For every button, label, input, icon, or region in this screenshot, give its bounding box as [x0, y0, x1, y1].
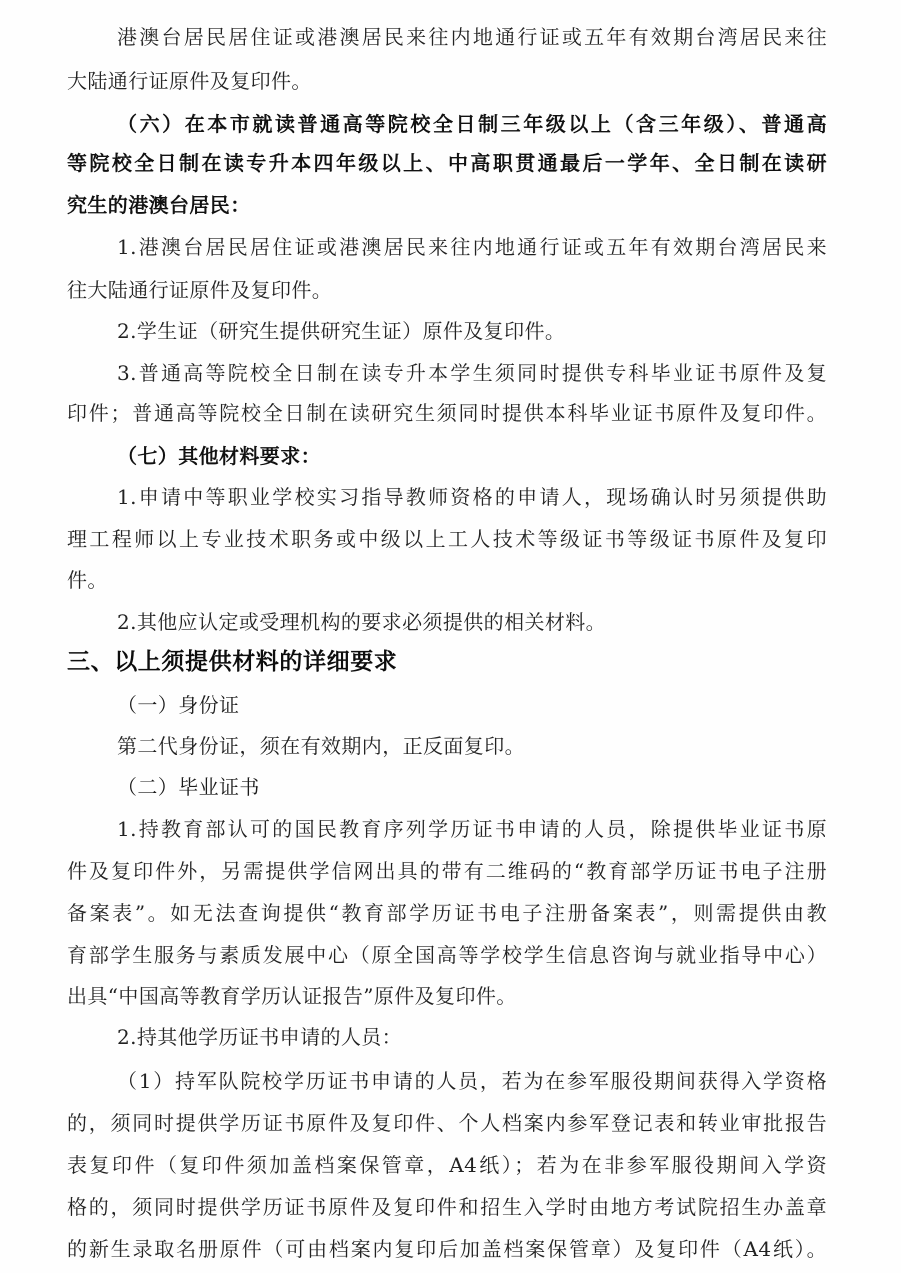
- item-6-point-1-cont: 往大陆通行证原件及复印件。: [67, 275, 827, 305]
- subsection-diploma-heading: （二）毕业证书: [117, 772, 827, 802]
- item-7-heading: （七）其他材料要求：: [117, 441, 827, 471]
- item-6-point-3-cont: 印件；普通高等院校全日制在读研究生须同时提供本科毕业证书原件及复印件。: [67, 398, 827, 428]
- item-7-point-1: 1.申请中等职业学校实习指导教师资格的申请人，现场确认时另须提供助: [117, 482, 827, 512]
- subsection-id-card-heading: （一）身份证: [117, 690, 827, 720]
- diploma-point-1-end: 出具“中国高等教育学历认证报告”原件及复印件。: [67, 981, 827, 1011]
- item-6-heading: （六）在本市就读普通高等院校全日制三年级以上（含三年级）、普通高: [117, 109, 827, 139]
- paragraph-line-continued-id-docs: 港澳台居民居住证或港澳居民来往内地通行证或五年有效期台湾居民来往: [117, 22, 827, 52]
- diploma-point-2-sub-1: （1）持军队院校学历证书申请的人员，若为在参军服役期间获得入学资格: [117, 1066, 827, 1096]
- diploma-point-2-sub-1-end: 的新生录取名册原件（可由档案内复印后加盖档案保管章）及复印件（A4纸）。: [67, 1234, 827, 1264]
- diploma-point-1-cont-c: 育部学生服务与素质发展中心（原全国高等学校学生信息咨询与就业指导中心）: [67, 940, 827, 970]
- diploma-point-2-sub-1-cont-b: 表复印件（复印件须加盖档案保管章，A4纸）；若为在非参军服役期间入学资: [67, 1150, 827, 1180]
- subsection-id-card-body: 第二代身份证，须在有效期内，正反面复印。: [117, 731, 827, 761]
- diploma-point-1-cont-b: 备案表”。如无法查询提供“教育部学历证书电子注册备案表”，则需提供由教: [67, 898, 827, 928]
- diploma-point-2-sub-1-cont-c: 格的，须同时提供学历证书原件及复印件和招生入学时由地方考试院招生办盖章: [67, 1192, 827, 1222]
- item-6-heading-end: 究生的港澳台居民：: [67, 190, 827, 220]
- item-7-point-1-cont: 理工程师以上专业技术职务或中级以上工人技术等级证书等级证书原件及复印: [67, 524, 827, 554]
- diploma-point-2-sub-1-cont-a: 的，须同时提供学历证书原件及复印件、个人档案内参军登记表和转业审批报告: [67, 1108, 827, 1138]
- item-6-point-3: 3.普通高等院校全日制在读专升本学生须同时提供专科毕业证书原件及复: [117, 358, 827, 388]
- item-6-point-2: 2.学生证（研究生提供研究生证）原件及复印件。: [117, 316, 827, 346]
- section-3-heading: 三、以上须提供材料的详细要求: [67, 647, 827, 677]
- item-6-point-1: 1.港澳台居民居住证或港澳居民来往内地通行证或五年有效期台湾居民来: [117, 232, 827, 262]
- item-7-point-2: 2.其他应认定或受理机构的要求必须提供的相关材料。: [117, 607, 827, 637]
- item-7-point-1-end: 件。: [67, 565, 827, 595]
- diploma-point-1: 1.持教育部认可的国民教育序列学历证书申请的人员，除提供毕业证书原: [117, 814, 827, 844]
- item-6-heading-cont: 等院校全日制在读专升本四年级以上、中高职贯通最后一学年、全日制在读研: [67, 148, 827, 178]
- document-page: 港澳台居民居住证或港澳居民来往内地通行证或五年有效期台湾居民来往 大陆通行证原件…: [0, 0, 901, 1273]
- diploma-point-2: 2.持其他学历证书申请的人员：: [117, 1022, 827, 1052]
- paragraph-line-continued-id-docs-end: 大陆通行证原件及复印件。: [67, 66, 827, 96]
- diploma-point-1-cont-a: 件及复印件外，另需提供学信网出具的带有二维码的“教育部学历证书电子注册: [67, 856, 827, 886]
